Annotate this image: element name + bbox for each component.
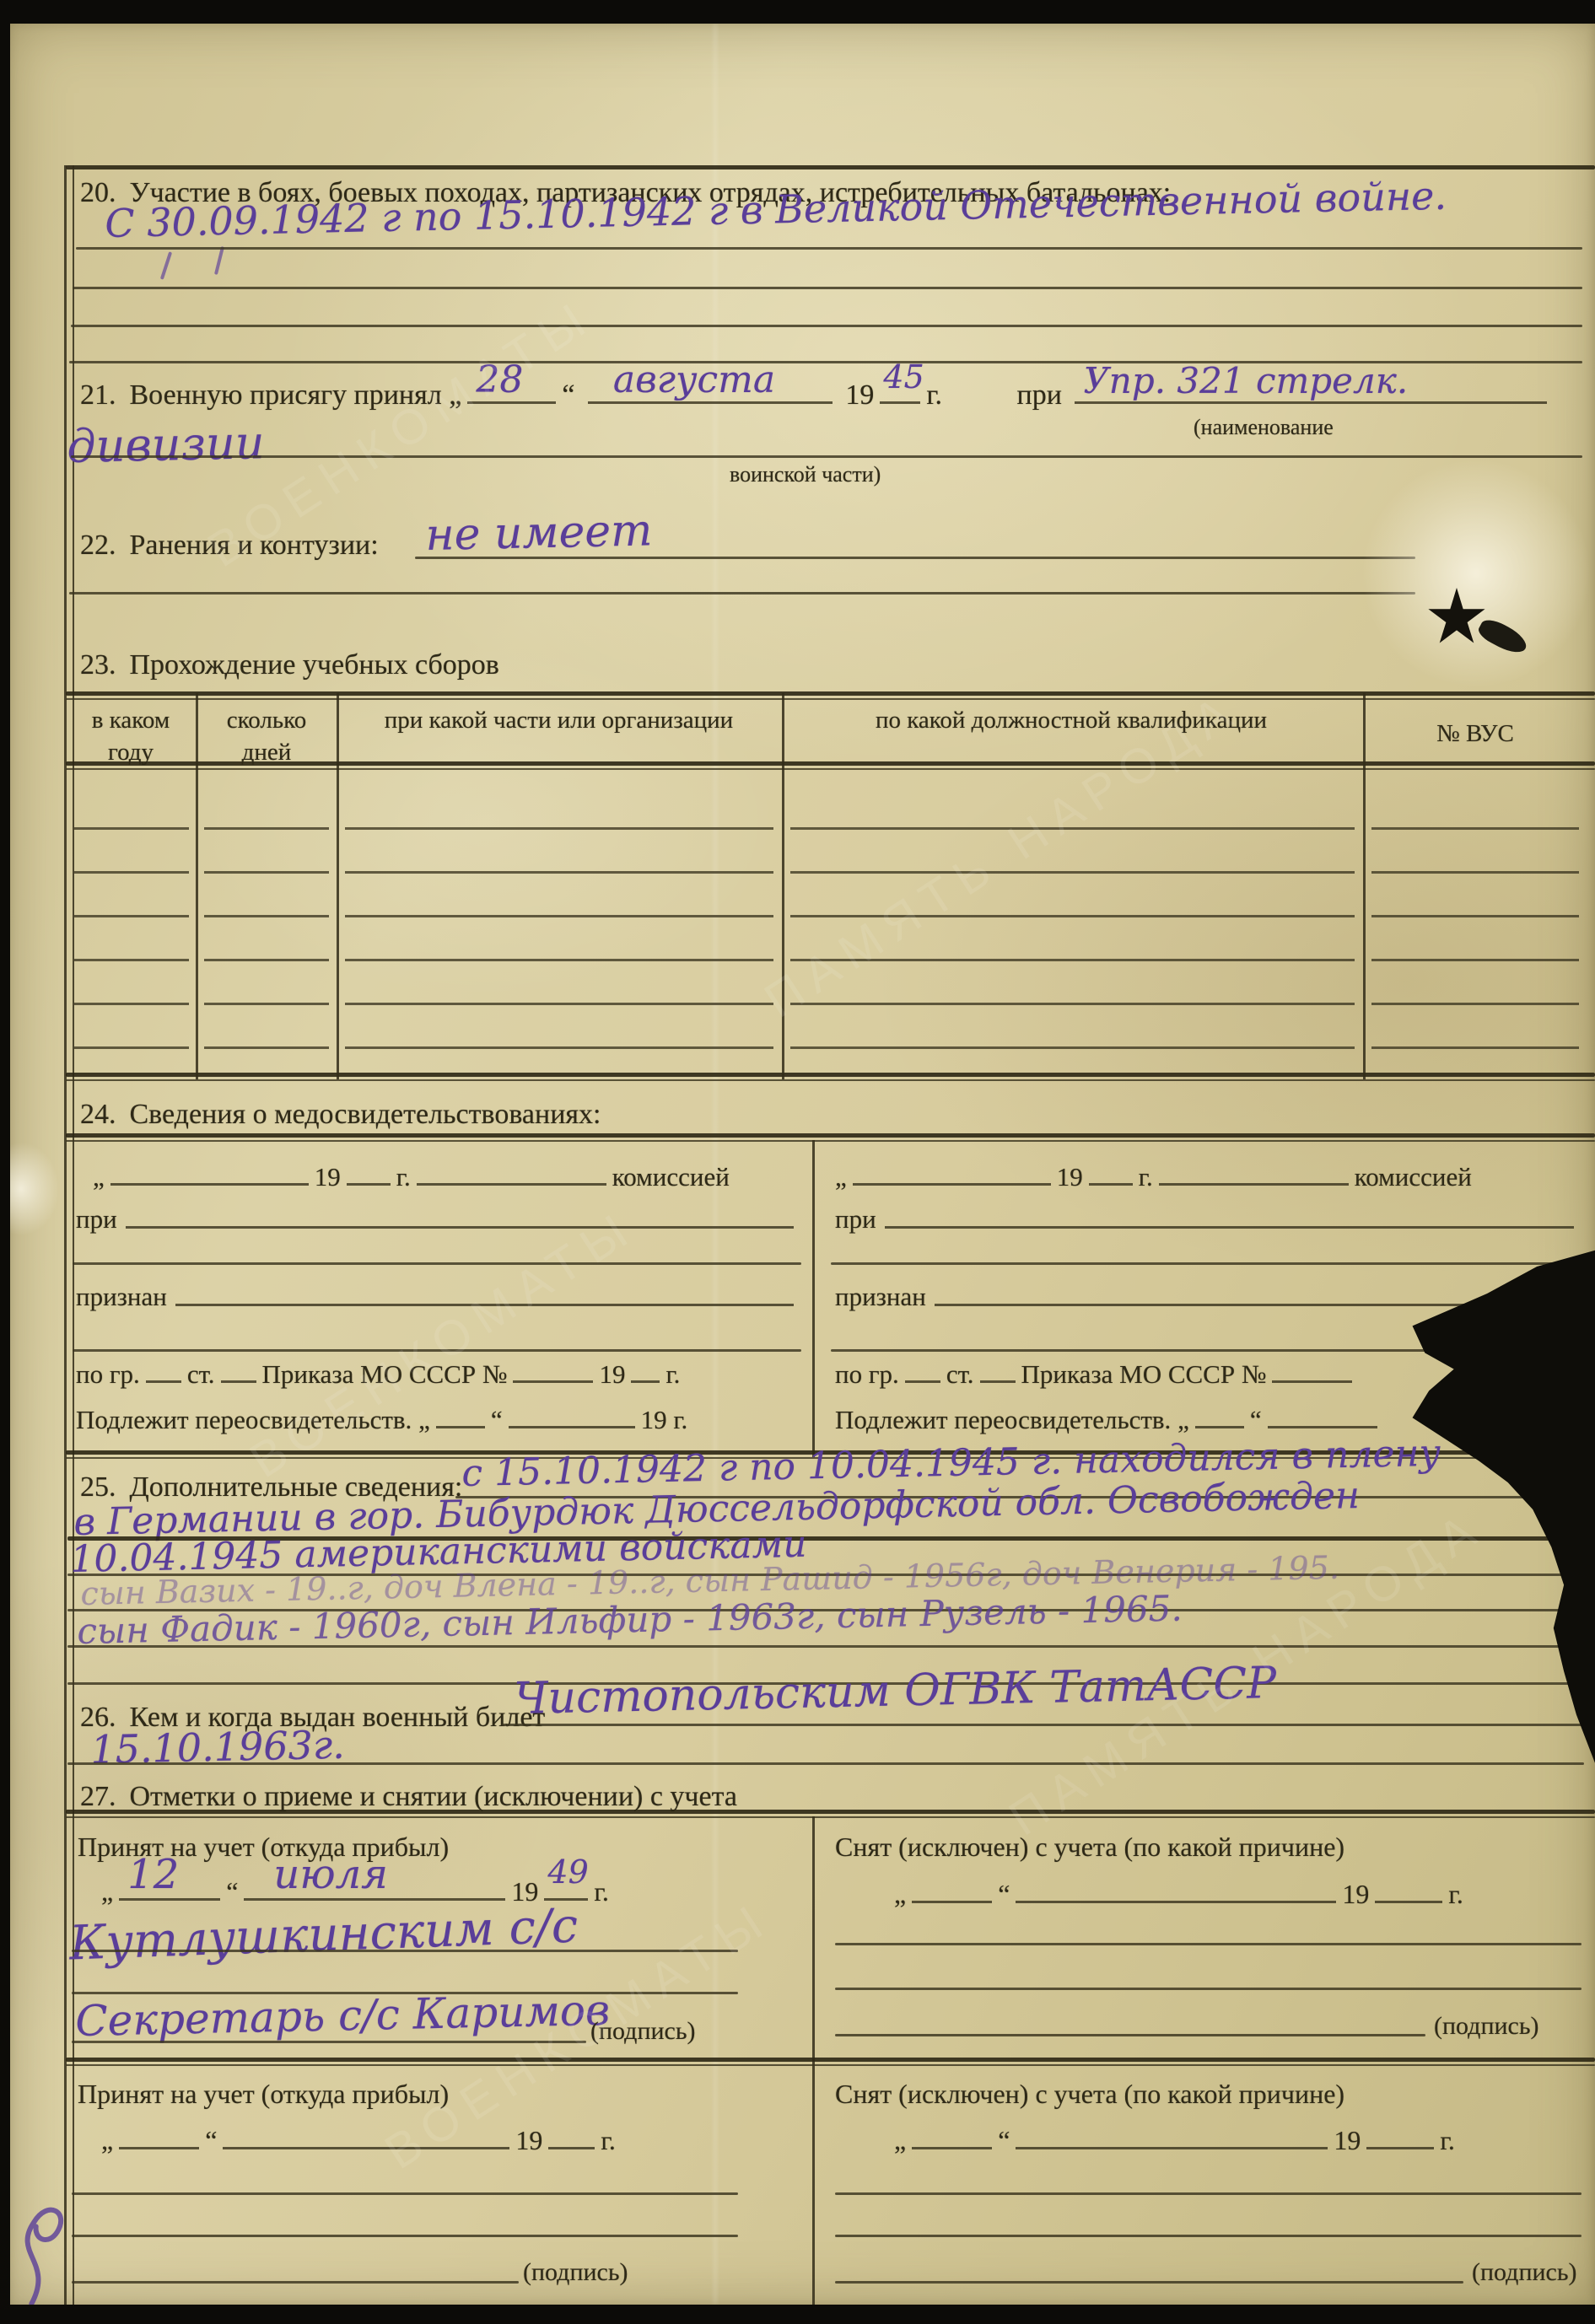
remove-header-1: Снят (исключен) с учета (по какой причин… [835, 1832, 1344, 1863]
unit-blank: Упр. 321 стрелк. [1075, 401, 1547, 404]
ruled-line [835, 1988, 1582, 1990]
blank [548, 2147, 595, 2149]
year-prefix: 19 [641, 1405, 667, 1434]
year-suffix: г. [673, 1405, 687, 1434]
blank [436, 1426, 485, 1428]
ruled-line [72, 2235, 738, 2237]
pere-label: Подлежит переосвидетельств. [76, 1405, 412, 1434]
med-priznan-line-left: признан [76, 1282, 797, 1312]
section-21-label: Военную присягу принял [130, 379, 442, 411]
year-suffix: г. [1448, 1879, 1463, 1909]
table-cell-lines [1371, 786, 1579, 1049]
priznan-label: признан [76, 1282, 167, 1312]
ruled-line [72, 2281, 519, 2284]
blank [980, 1380, 1016, 1383]
section-25-number: 25. [80, 1471, 116, 1503]
blank [1272, 1380, 1352, 1383]
med-reexam-line-left: Подлежит переосвидетельств. „“19 г. [76, 1405, 687, 1435]
blank [146, 1380, 181, 1383]
year-suffix: г. [601, 2125, 616, 2155]
day-blank: 28 [467, 401, 556, 404]
blank [631, 1380, 660, 1383]
ruled-line [72, 2041, 586, 2043]
open-quote: „ [894, 2125, 906, 2155]
section-22-number: 22. [80, 530, 116, 561]
open-quote: „ [418, 1405, 430, 1434]
blank [912, 2147, 992, 2149]
ruled-line [835, 1943, 1582, 1945]
table-column-divider [337, 693, 339, 1079]
accept-year-handwritten: 49 [547, 1853, 588, 1891]
st-label: ст. [187, 1359, 215, 1389]
pen-doodle [0, 2176, 106, 2315]
caption-naimenovanie: (наименование [1194, 415, 1334, 440]
podpis-caption: (подпись) [590, 2017, 696, 2046]
table-border [66, 1810, 1595, 1814]
ruled-line [67, 1645, 1584, 1648]
section-24-label: Сведения о медосвидетельствованиях: [130, 1099, 601, 1130]
table-border [66, 691, 1595, 696]
table-border [66, 2058, 1595, 2062]
caption-voinskoy-chasti: воинской части) [730, 462, 881, 487]
table-border [66, 2064, 1595, 2066]
podpis-caption: (подпись) [523, 2258, 628, 2287]
table-cell-lines [790, 786, 1355, 1049]
divider-line [66, 1133, 1595, 1138]
section-24-number: 24. [80, 1099, 116, 1130]
close-quote: “ [998, 2125, 1010, 2155]
month-blank: августа [588, 401, 833, 404]
open-quote: „ [1177, 1405, 1189, 1434]
open-quote: „ [449, 379, 461, 411]
ruled-line [73, 287, 1582, 289]
blank [221, 1380, 256, 1383]
pri-label: при [76, 1204, 117, 1235]
table-23-header-qualification: по какой должностной квалификации [835, 705, 1307, 737]
table-border [66, 698, 1595, 700]
oath-unit2-handwritten: дивизии [67, 416, 266, 473]
scanned-military-document: 20.Участие в боях, боевых походах, парти… [0, 0, 1595, 2324]
blank [119, 2147, 199, 2149]
pri-label: при [835, 1204, 876, 1235]
year-suffix: г. [926, 379, 942, 411]
med-pri-line-right: при [835, 1204, 1577, 1235]
ruled-line [67, 1762, 1584, 1765]
form-top-border [66, 165, 1595, 169]
close-quote: “ [226, 1876, 238, 1907]
oath-day-handwritten: 28 [476, 358, 523, 401]
med-reexam-line-right: Подлежит переосвидетельств. „“ [835, 1405, 1383, 1435]
blank [1159, 1183, 1349, 1186]
year-prefix: 19 [599, 1359, 625, 1389]
oath-unit-handwritten: Упр. 321 стрелк. [1083, 360, 1408, 401]
open-quote: „ [101, 2125, 113, 2155]
scan-background-bottom [0, 2305, 1595, 2324]
table-23-header-unit: при какой части или организации [363, 705, 755, 737]
commission-label: комиссией [1355, 1162, 1472, 1192]
blank [175, 1304, 794, 1306]
table-cell-lines [74, 786, 189, 1049]
ruled-line [76, 247, 1582, 250]
section-22-title: 22.Ранения и контузии: [80, 530, 379, 562]
med-priznan-line-right: признан [835, 1282, 1501, 1312]
form-left-border [64, 165, 67, 2305]
scan-background-top [0, 0, 1595, 24]
table-column-divider [782, 693, 784, 1079]
blank [885, 1226, 1574, 1229]
ruled-line [502, 1724, 1584, 1726]
blank [1366, 2147, 1434, 2149]
section-22-label: Ранения и контузии: [130, 530, 379, 561]
med-date-line-right: „19г.комиссией [835, 1162, 1472, 1192]
section-23-number: 23. [80, 649, 116, 681]
ruled-line [835, 2034, 1425, 2036]
commission-label: комиссией [612, 1162, 730, 1192]
podpis-caption: (подпись) [1472, 2258, 1577, 2287]
year-blank: 45 [880, 401, 920, 404]
section-21-number: 21. [80, 379, 116, 411]
close-quote: “ [998, 1879, 1010, 1909]
month-blank: июля [244, 1898, 505, 1901]
blank [905, 1380, 940, 1383]
close-quote: “ [562, 379, 574, 411]
pogr-label: по гр. [76, 1359, 140, 1389]
blank [935, 1304, 1498, 1306]
section-27-label: Отметки о приеме и снятии (исключении) с… [130, 1781, 738, 1812]
prikaz-label: Приказа МО СССР № [1021, 1359, 1267, 1389]
ruled-line [72, 1950, 738, 1952]
prikaz-label: Приказа МО СССР № [262, 1359, 508, 1389]
blank [853, 1183, 1051, 1186]
section-24-column-divider [812, 1140, 815, 1457]
blank [513, 1380, 593, 1383]
divider-line [66, 1140, 1595, 1142]
blank [1089, 1183, 1133, 1186]
ruled-line [415, 557, 1415, 559]
year-prefix: 19 [845, 379, 874, 411]
accept-day-handwritten: 12 [127, 1851, 179, 1898]
year-suffix: г. [1440, 2125, 1455, 2155]
table-border [66, 1816, 1595, 1818]
pogr-label: по гр. [835, 1359, 899, 1389]
oath-year-handwritten: 45 [883, 358, 924, 395]
accept-date-line-2: „“19г. [101, 2125, 616, 2156]
pri-label: при [1017, 379, 1062, 411]
blank [347, 1183, 391, 1186]
table-cell-lines [345, 786, 773, 1049]
blank [1016, 2147, 1328, 2149]
ruled-line [71, 325, 1582, 327]
year-suffix: г. [1139, 1162, 1153, 1192]
blank [1016, 1901, 1336, 1903]
ruled-line [73, 1262, 801, 1265]
med-pri-line-left: при [76, 1204, 797, 1235]
open-quote: „ [894, 1879, 906, 1909]
year-suffix: г. [665, 1359, 680, 1389]
blank [110, 1183, 309, 1186]
ruled-line [835, 2281, 1463, 2284]
table-23-header-year: в каком году [67, 705, 194, 768]
table-column-divider [196, 693, 198, 1079]
accept-month-handwritten: июля [273, 1851, 388, 1898]
form-left-border-inner [73, 165, 74, 2305]
open-quote: „ [93, 1162, 105, 1192]
table-border [66, 1073, 1595, 1077]
priznan-label: признан [835, 1282, 926, 1312]
year-suffix: г. [594, 1876, 609, 1907]
section-21-line: 21.Военную присягу принял „28“ августа 1… [80, 379, 1553, 412]
blank [509, 1426, 635, 1428]
blank [1268, 1426, 1377, 1428]
blank [223, 2147, 509, 2149]
section-23-title: 23.Прохождение учебных сборов [80, 649, 499, 681]
year-prefix: 19 [315, 1162, 341, 1192]
blank [417, 1183, 606, 1186]
med-order-line-right: по гр.ст.Приказа МО СССР № [835, 1359, 1358, 1390]
oath-month-handwritten: августа [613, 358, 775, 401]
year-prefix: 19 [515, 2125, 542, 2155]
ruled-line [831, 1262, 1584, 1265]
paper-tear-patch [1362, 460, 1590, 687]
ruled-line [73, 1349, 801, 1352]
ruled-line [69, 592, 1415, 594]
med-date-line-left: „19г.комиссией [93, 1162, 730, 1192]
table-column-divider [1363, 693, 1366, 1079]
table-border [66, 1079, 1595, 1081]
blank [1375, 1901, 1442, 1903]
blank [912, 1901, 992, 1903]
year-prefix: 19 [1057, 1162, 1083, 1192]
open-quote: „ [835, 1162, 847, 1192]
day-blank: 12 [119, 1898, 220, 1901]
year-suffix: г. [396, 1162, 411, 1192]
section-22-entry-handwritten: не имеет [425, 505, 653, 561]
accept-header-2: Принят на учет (откуда прибыл) [78, 2079, 449, 2110]
table-23-header-vus: № ВУС [1366, 718, 1584, 750]
st-label: ст. [946, 1359, 974, 1389]
blank [1195, 1426, 1244, 1428]
section-27-number: 27. [80, 1781, 116, 1812]
blank [126, 1226, 794, 1229]
podpis-caption: (подпись) [1434, 2012, 1539, 2041]
section-27-title: 27.Отметки о приеме и снятии (исключении… [80, 1781, 737, 1813]
year-prefix: 19 [1334, 2125, 1361, 2155]
close-quote: “ [491, 1405, 503, 1434]
ruled-line [835, 2192, 1582, 2195]
section-23-label: Прохождение учебных сборов [130, 649, 499, 681]
med-order-line-left: по гр.ст.Приказа МО СССР №19г. [76, 1359, 680, 1390]
table-cell-lines [204, 786, 329, 1049]
remove-date-line-1: „“19г. [894, 1879, 1463, 1910]
remove-date-line-2: „“19г. [894, 2125, 1455, 2156]
close-quote: “ [205, 2125, 217, 2155]
year-prefix: 19 [1342, 1879, 1369, 1909]
open-quote: „ [101, 1876, 113, 1907]
ruled-line [835, 2235, 1582, 2237]
close-quote: “ [1250, 1405, 1262, 1434]
remove-header-2: Снят (исключен) с учета (по какой причин… [835, 2079, 1344, 2110]
ruled-line [72, 2192, 738, 2195]
ruled-line [71, 455, 1582, 458]
table-23-header-days: сколько дней [199, 705, 334, 768]
pere-label: Подлежит переосвидетельств. [835, 1405, 1171, 1434]
section-24-title: 24.Сведения о медосвидетельствованиях: [80, 1099, 601, 1131]
scan-background-left [0, 0, 10, 2324]
